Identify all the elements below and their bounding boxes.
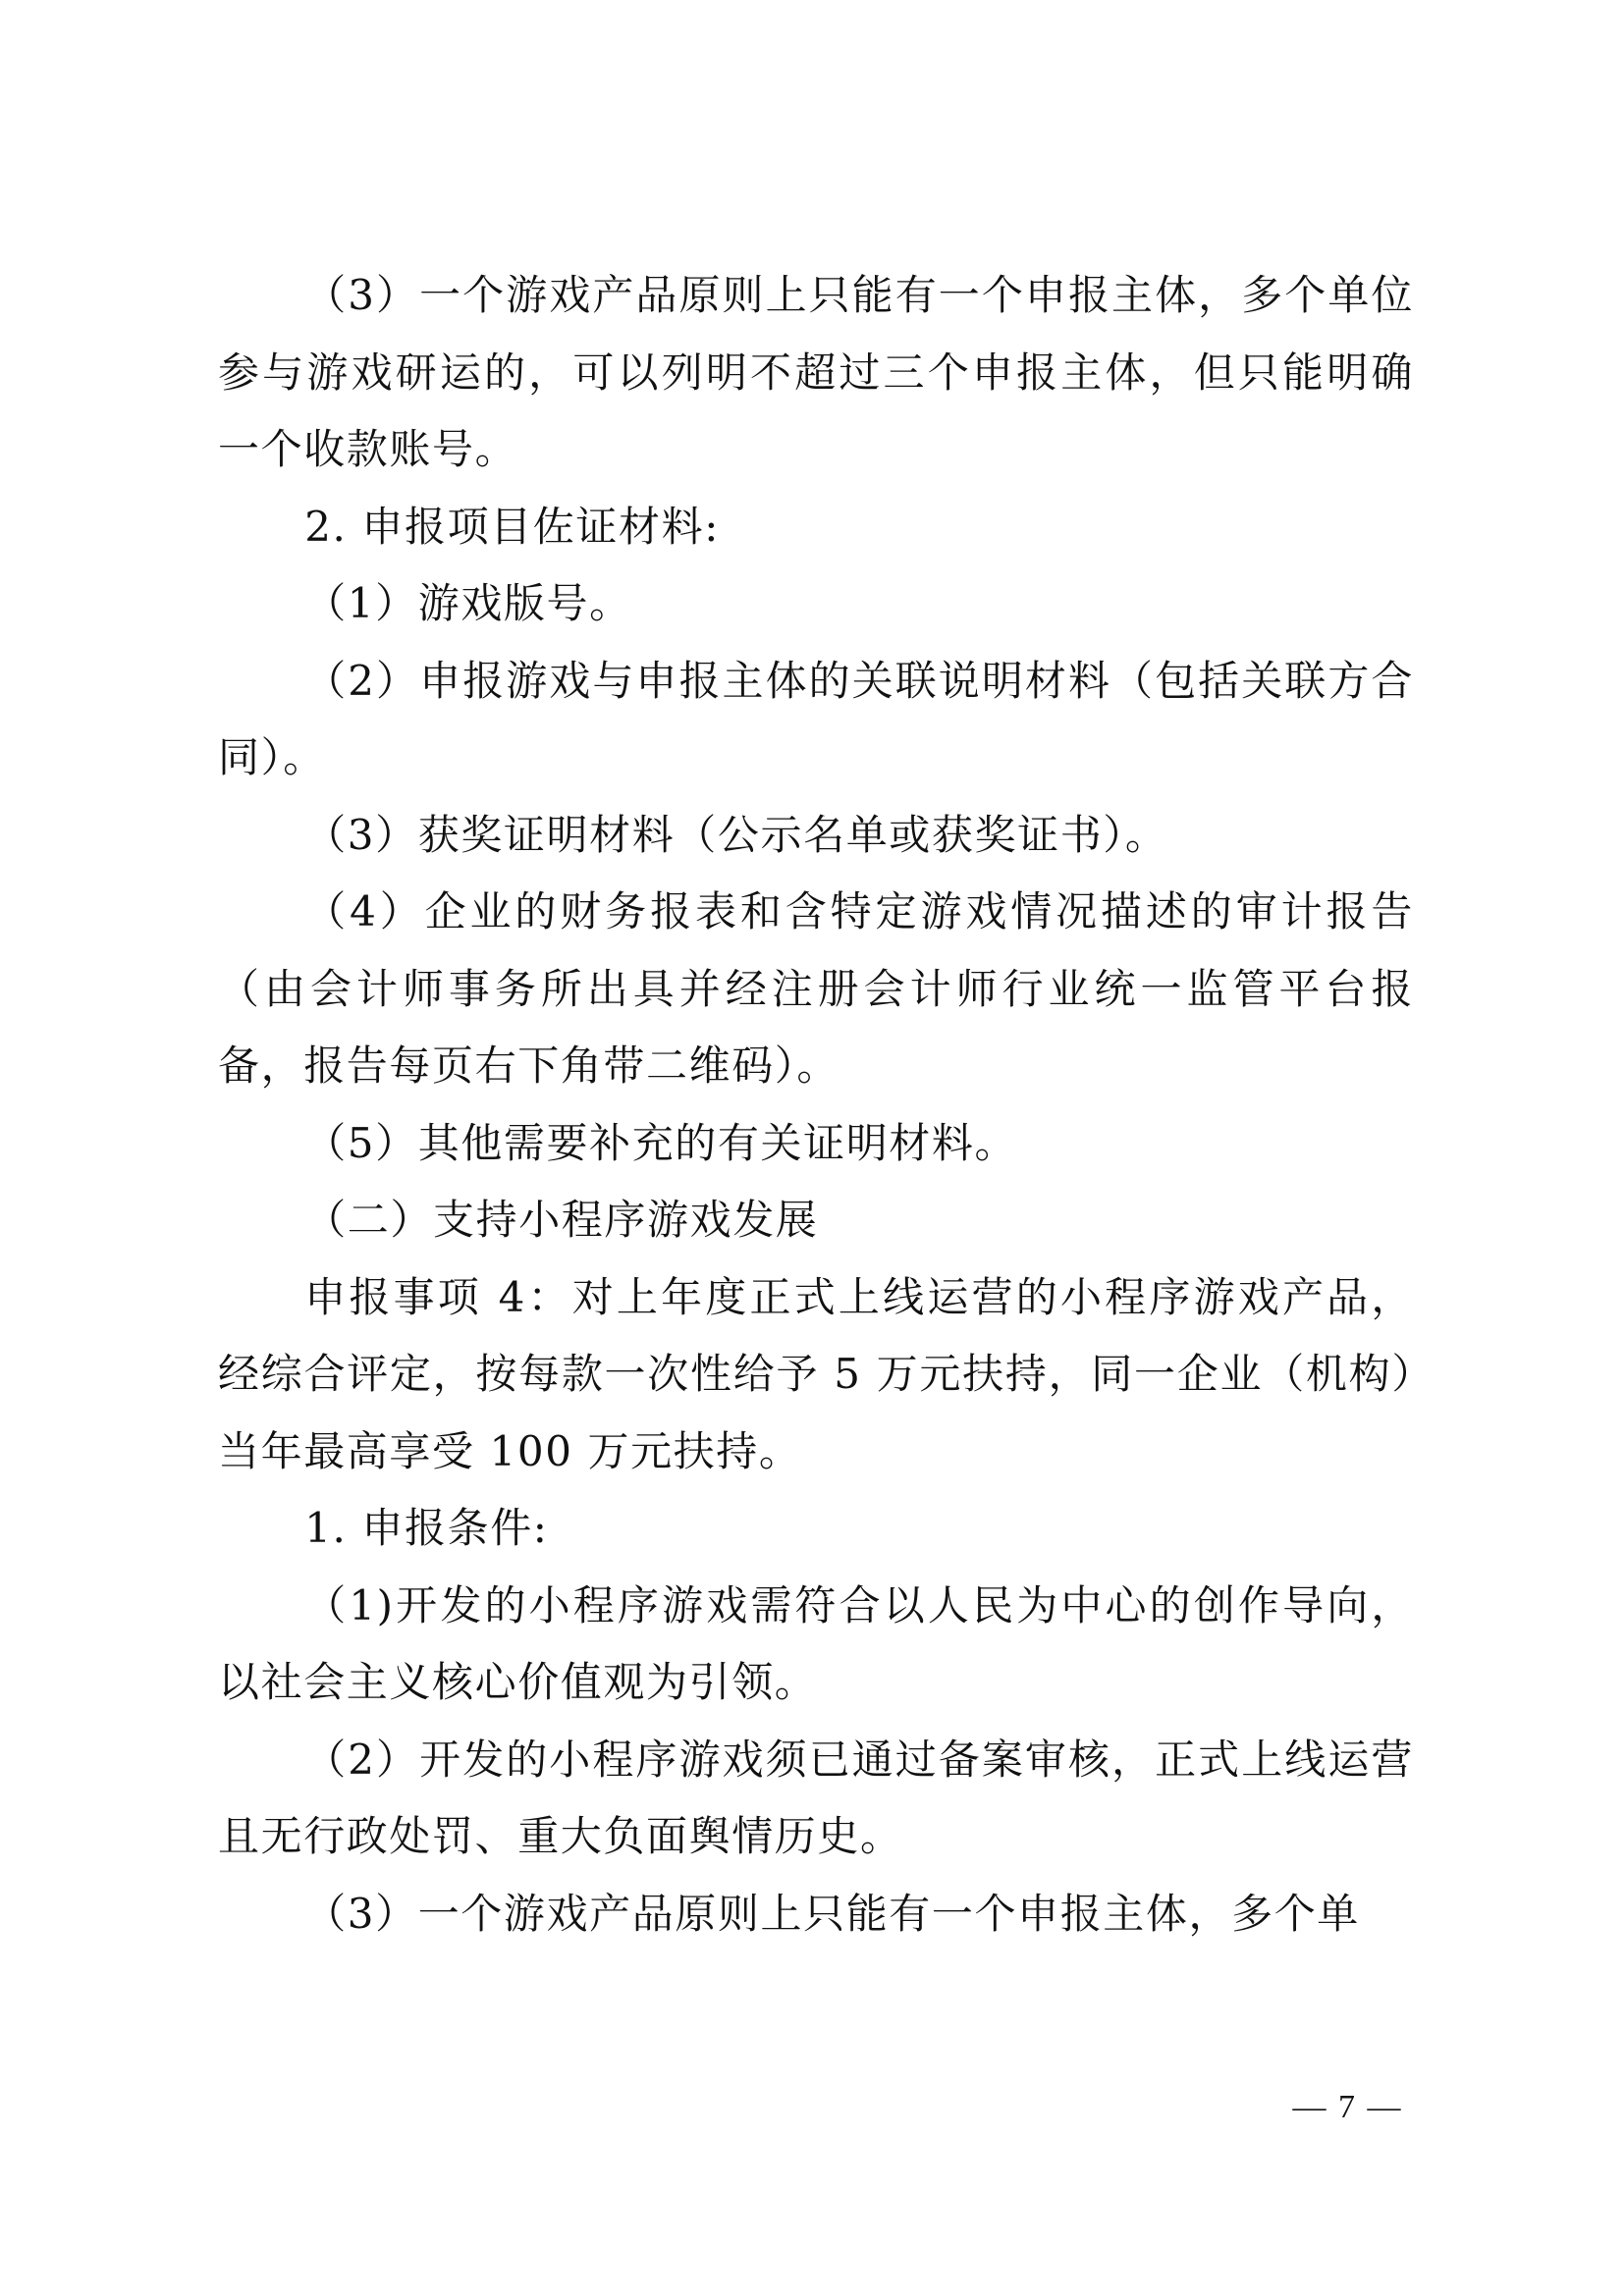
- document-body: （3）一个游戏产品原则上只能有一个申报主体，多个单位参与游戏研运的，可以列明不超…: [218, 257, 1414, 1952]
- condition-2: （2）开发的小程序游戏须已通过备案审核，正式上线运营且无行政处罚、重大负面舆情历…: [218, 1722, 1414, 1876]
- page-number: — 7 —: [1276, 2089, 1419, 2126]
- item-financial-audit: （4）企业的财务报表和含特定游戏情况描述的审计报告（由会计师事务所出具并经注册会…: [218, 874, 1414, 1105]
- section-heading-mini-program-games: （二）支持小程序游戏发展: [218, 1182, 1414, 1259]
- paragraph-item-4: 申报事项 4：对上年度正式上线运营的小程序游戏产品，经综合评定，按每款一次性给予…: [218, 1259, 1414, 1491]
- item-game-license: （1）游戏版号。: [218, 565, 1414, 643]
- condition-3: （3）一个游戏产品原则上只能有一个申报主体，多个单: [218, 1876, 1414, 1953]
- item-other-materials: （5）其他需要补充的有关证明材料。: [218, 1105, 1414, 1183]
- item-award-proof: （3）获奖证明材料（公示名单或获奖证书）。: [218, 797, 1414, 875]
- heading-conditions: 1. 申报条件:: [218, 1490, 1414, 1568]
- condition-1: （1)开发的小程序游戏需符合以人民为中心的创作导向，以社会主义核心价值观为引领。: [218, 1568, 1414, 1722]
- heading-supporting-materials: 2. 申报项目佐证材料:: [218, 489, 1414, 566]
- paragraph-subject-limit: （3）一个游戏产品原则上只能有一个申报主体，多个单位参与游戏研运的，可以列明不超…: [218, 257, 1414, 489]
- item-association-materials: （2）申报游戏与申报主体的关联说明材料（包括关联方合同）。: [218, 643, 1414, 797]
